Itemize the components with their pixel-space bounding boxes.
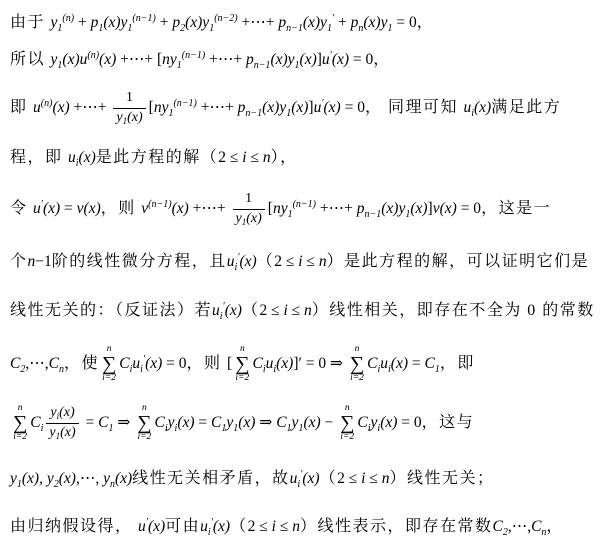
math-variable: n [263, 149, 271, 168]
math-variable: yi [371, 414, 381, 433]
variable-base: (x) [291, 99, 308, 116]
math-variable: Cn [531, 518, 546, 537]
subscript: i [140, 364, 143, 375]
text-run: 由于 [10, 13, 51, 32]
variable-base: (x) [381, 200, 398, 217]
text-run: ，即 [440, 354, 475, 373]
subscript: 1 [209, 23, 214, 34]
variable-base: (x) [148, 518, 165, 535]
text-line-11: 由归纳假设得， u′(x)可由ui′(x)（2 ≤ i ≤ n）线性表示，即存在… [10, 504, 597, 550]
math-operator: ,⋯, [25, 355, 48, 374]
math-variable: (x) [52, 99, 69, 118]
subscript: 1 [177, 60, 182, 71]
subscript: 2 [180, 23, 185, 34]
text-line-9: n∑i=2Ciyi(x)y1(x) = C1 ⇒ n∑i=2Ciyi(x) = … [10, 392, 597, 454]
variable-base: u [322, 51, 330, 68]
variable-base: (x) [380, 414, 397, 431]
variable-base: (x) [474, 99, 491, 116]
text-line-6: 个n−1阶的线性微分方程，且ui′(x)（2 ≤ i ≤ n）是此方程的解，可以… [10, 238, 597, 286]
math-operator: 2 ≤ [218, 149, 242, 168]
math-operator: +⋯+ [316, 200, 357, 219]
math-variable: yn [103, 470, 115, 489]
summation-symbol: n∑i=2 [13, 404, 27, 443]
subscript: n [59, 364, 64, 375]
math-variable: pn−1 [357, 200, 382, 219]
subscript: i [368, 423, 371, 434]
text-run: 程，即 [10, 148, 68, 167]
subscript: i [377, 423, 380, 434]
math-variable: (x) [238, 414, 255, 433]
text-run: ）， [271, 148, 298, 167]
variable-base: y [49, 425, 55, 440]
superscript: ′ [41, 199, 43, 210]
math-variable: C1 [98, 414, 113, 433]
math-variable: (x) [270, 51, 287, 70]
summation-lower-limit: i=2 [102, 374, 116, 384]
math-variable: pn−1 [238, 99, 263, 118]
variable-base: C [155, 414, 165, 431]
subscript: n−1 [254, 60, 271, 71]
math-operator: = [60, 200, 77, 219]
variable-base: C [424, 355, 434, 372]
variable-base: n [263, 149, 271, 166]
math-operator: 1 [245, 191, 252, 208]
variable-base: u [68, 149, 76, 166]
superscript: (n−2) [214, 13, 237, 24]
math-variable: y1(n) [51, 14, 75, 33]
variable-base: y [47, 470, 54, 487]
variable-base: n [382, 470, 390, 487]
math-variable: (x) [474, 99, 491, 118]
math-variable: (x) [440, 200, 457, 219]
math-variable: n [382, 470, 390, 489]
superscript: (n−1) [148, 199, 171, 210]
summation-lower-limit: i=2 [350, 374, 364, 384]
math-operator: = [195, 414, 212, 433]
summation-lower-limit: i=2 [235, 374, 249, 384]
math-variable: ui′ [200, 518, 213, 537]
text-run: 阶的线性微分方程，且 [52, 252, 227, 271]
variable-base: v [433, 200, 440, 217]
text-run: ，这与 [422, 413, 475, 432]
variable-base: (x) [213, 518, 230, 535]
variable-base: (x) [246, 211, 262, 226]
text-line-2: 所以 y1(x)u(n)(x) +⋯+ [ny1(n−1) +⋯+ pn−1(x… [10, 40, 597, 80]
variable-base: p [357, 200, 365, 217]
math-variable: C1 [211, 414, 226, 433]
text-line-4: 程，即 ui(x)是此方程的解（2 ≤ i ≤ n）， [10, 136, 597, 180]
variable-base: (x) [103, 14, 120, 31]
variable-base: (x) [84, 200, 101, 217]
variable-base: v [77, 200, 84, 217]
math-variable: n [319, 253, 327, 272]
superscript: (n−1) [182, 50, 205, 61]
subscript: 1 [123, 116, 128, 126]
math-variable: C1 [276, 414, 291, 433]
math-operator: ≤ [365, 470, 381, 489]
math-operator: = [82, 414, 99, 433]
text-run: ，则 [101, 199, 142, 218]
text-run: ， [546, 517, 564, 536]
variable-base: u [33, 200, 41, 217]
variable-base: ny [273, 200, 288, 217]
variable-base: C [367, 355, 377, 372]
variable-base: (x) [276, 355, 293, 372]
math-variable: (x) [262, 99, 279, 118]
math-operator: ,⋯, [508, 518, 531, 537]
math-operator: ≤ [247, 149, 263, 168]
sigma-glyph: ∑ [350, 354, 364, 374]
math-variable: y1 [49, 425, 60, 442]
subscript: 1 [17, 479, 22, 490]
subscript: 1 [56, 431, 61, 441]
variable-base: (x) [60, 425, 76, 440]
math-variable: y2 [47, 470, 59, 489]
text-run: ，使 [64, 354, 99, 373]
variable-base: y [10, 470, 17, 487]
math-operator: = [408, 355, 425, 374]
subscript: i [165, 423, 168, 434]
math-variable: y1(n−1) [121, 14, 156, 33]
math-variable: (x) [291, 99, 308, 118]
math-variable: (x) [332, 51, 349, 70]
variable-base: (x) [238, 414, 255, 431]
fraction-numerator: yi(x) [47, 404, 77, 423]
variable-base: (x) [79, 149, 96, 166]
superscript: (n) [41, 98, 53, 109]
math-operator: 2 ≤ [274, 253, 298, 272]
math-variable: u(n) [80, 51, 99, 70]
fraction-denominator: y1(x) [46, 423, 78, 443]
summation-symbol: n∑i=2 [340, 404, 354, 443]
math-variable: (x) [303, 14, 320, 33]
variable-base: (x) [262, 99, 279, 116]
math-variable: u(n) [33, 99, 52, 118]
math-variable: (x) [410, 200, 427, 219]
math-variable: (x) [99, 51, 116, 70]
variable-base: (x) [302, 470, 319, 487]
math-variable: ui [463, 99, 474, 118]
variable-base: u [380, 355, 388, 372]
subscript: 2 [503, 527, 508, 538]
math-variable: ui [266, 355, 277, 374]
variable-base: (x) [59, 405, 75, 420]
math-variable: (x) [148, 518, 165, 537]
math-variable: n [304, 302, 312, 321]
math-operator: +⋯+ [ [116, 51, 162, 70]
math-operator: [ [227, 355, 232, 374]
variable-base: C [10, 355, 20, 372]
math-variable: ui′ [212, 302, 225, 321]
math-variable: ui′ [132, 355, 145, 374]
superscript: ′ [211, 517, 213, 528]
math-variable: (x) [127, 110, 143, 127]
math-variable: Ci [119, 355, 132, 374]
variable-base: (x) [440, 200, 457, 217]
text-line-1: 由于 y1(n) + p1(x)y1(n−1) + p2(x)y1(n−2) +… [10, 6, 597, 40]
math-variable: y1 [51, 51, 63, 70]
subscript: n−1 [245, 108, 262, 119]
math-variable: C2 [492, 518, 507, 537]
variable-base: (x) [324, 99, 341, 116]
math-operator: +⋯+ [205, 51, 246, 70]
subscript: 1 [387, 23, 392, 34]
document-page: 由于 y1(n) + p1(x)y1(n−1) + p2(x)y1(n−2) +… [0, 0, 601, 551]
superscript: (n−1) [293, 199, 316, 210]
superscript: ′ [237, 252, 239, 263]
variable-base: y [288, 51, 295, 68]
variable-base: u [227, 253, 235, 270]
subscript: i [235, 262, 238, 273]
math-variable: v [77, 200, 84, 219]
math-variable: (x) [240, 253, 257, 272]
math-variable: (x) [300, 51, 317, 70]
math-variable: (x) [145, 355, 162, 374]
subscript: 1 [233, 423, 238, 434]
math-variable: (x) [381, 200, 398, 219]
variable-base: n [292, 518, 300, 535]
text-run: 线性无关的：（反证法）若 [10, 301, 212, 320]
subscript: 1 [57, 23, 62, 34]
math-operator: 1 [126, 90, 133, 107]
math-operator: −1 [35, 253, 52, 272]
variable-base: C [492, 518, 502, 535]
math-variable: (x) [172, 200, 189, 219]
subscript: 1 [127, 23, 132, 34]
text-run: （ [242, 301, 260, 320]
summation-symbol: n∑i=2 [102, 345, 116, 384]
math-variable: y1 [398, 200, 410, 219]
superscript: ′ [321, 98, 323, 109]
variable-base: y [116, 110, 122, 125]
math-variable: Ci [367, 355, 380, 374]
math-variable: y1 [292, 414, 304, 433]
subscript: 1 [109, 423, 114, 434]
text-run: 由归纳假设得， [10, 517, 138, 536]
math-operator: +⋯+ [197, 99, 238, 118]
math-operator: +⋯+ [70, 99, 111, 118]
text-run: （ [230, 517, 248, 536]
math-operator: ,⋯, [76, 470, 103, 489]
math-variable: (x) [302, 470, 319, 489]
math-variable: ui [68, 149, 79, 168]
text-run: 个 [10, 252, 28, 271]
math-variable: v(n−1) [141, 200, 171, 219]
subscript: 2 [20, 364, 25, 375]
subscript: 1 [288, 209, 293, 220]
variable-base: (x) [240, 253, 257, 270]
math-operator: + [334, 14, 351, 33]
subscript: i [41, 423, 44, 434]
text-run: 满足此方 [491, 98, 561, 117]
variable-base: (x) [99, 51, 116, 68]
subscript: 1 [287, 423, 292, 434]
fraction-denominator: y1(x) [113, 108, 145, 128]
math-variable: ui′ [227, 253, 240, 272]
subscript: 1 [221, 423, 226, 434]
variable-base: n [28, 253, 36, 270]
superscript: ′ [223, 301, 225, 312]
math-variable: pn−1 [246, 51, 271, 70]
math-variable: v [433, 200, 440, 219]
summation-symbol: n∑i=2 [137, 404, 151, 443]
text-run: 可由 [165, 517, 200, 536]
math-variable: yi [50, 405, 59, 422]
superscript: ′ [143, 354, 145, 365]
math-operator: ⇒ [255, 414, 276, 433]
variable-base: (x) [391, 355, 408, 372]
math-variable: (x) [62, 51, 79, 70]
variable-base: C [49, 355, 59, 372]
variable-base: y [236, 211, 242, 226]
math-variable: (x) [324, 99, 341, 118]
subscript: 1 [298, 423, 303, 434]
math-operator: = 0 [349, 51, 373, 70]
math-variable: C1 [424, 355, 439, 374]
variable-base: u [138, 518, 146, 535]
variable-base: (x) [43, 200, 60, 217]
superscript: (n−1) [173, 98, 196, 109]
math-variable: Ci [30, 414, 43, 433]
variable-base: C [276, 414, 286, 431]
subscript: i [273, 364, 276, 375]
variable-base: ny [154, 99, 169, 116]
math-variable: y1 [236, 211, 247, 228]
sigma-glyph: ∑ [235, 354, 249, 374]
variable-base: y [320, 14, 327, 31]
variable-base: u [200, 518, 208, 535]
subscript: 1 [242, 217, 247, 227]
math-operator: ≤ [288, 302, 304, 321]
text-run: ，这是一 [481, 199, 551, 218]
text-run: ）是此方程的解，可以证明它们是 [327, 252, 590, 271]
math-variable: Ci [155, 414, 168, 433]
summation-symbol: n∑i=2 [350, 345, 364, 384]
variable-base: ny [162, 51, 177, 68]
subscript: i [57, 411, 60, 421]
text-run: 线性无关相矛盾，故 [132, 469, 290, 488]
text-line-8: C2,⋯,Cn，使n∑i=2Ciui′(x) = 0，则 [n∑i=2Ciui(… [10, 336, 597, 392]
math-operator: − [321, 414, 338, 433]
variable-base: y [50, 405, 56, 420]
summation-symbol: n∑i=2 [235, 345, 249, 384]
subscript: 1 [286, 108, 291, 119]
math-operator: +⋯+ [189, 200, 230, 219]
math-operator: + [156, 14, 173, 33]
math-variable: (x) [43, 200, 60, 219]
math-variable: (x) [246, 211, 262, 228]
math-variable: (x) [303, 414, 320, 433]
variable-base: n [304, 302, 312, 319]
math-variable: (x) [225, 302, 242, 321]
math-operator: ⇒ [114, 414, 135, 433]
math-variable: (x) [59, 470, 76, 489]
variable-base: (x) [270, 51, 287, 68]
math-variable: (x) [60, 425, 76, 442]
text-run: ）线性表示，即存在常数 [300, 517, 493, 536]
text-run: 是此方程的解（ [96, 148, 219, 167]
variable-base: (x) [115, 470, 132, 487]
subscript: 1 [295, 60, 300, 71]
summation-lower-limit: i=2 [340, 433, 354, 443]
text-run: ）线性无关； [389, 469, 494, 488]
variable-base: C [119, 355, 129, 372]
math-variable: Cn [49, 355, 64, 374]
math-variable: pn−1 [278, 14, 303, 33]
math-operator: 2 ≤ [337, 470, 361, 489]
variable-base: (x) [59, 470, 76, 487]
sigma-glyph: ∑ [340, 413, 354, 433]
subscript: i [208, 527, 211, 538]
math-variable: ny1(n−1) [154, 99, 197, 118]
variable-base: (x) [363, 14, 380, 31]
math-variable: Ci [357, 414, 370, 433]
subscript: 2 [54, 479, 59, 490]
math-variable: yi [168, 414, 178, 433]
math-variable: (x) [84, 200, 101, 219]
math-operator: = 0 [392, 14, 416, 33]
subscript: i [297, 479, 300, 490]
text-line-3: 即 u(n)(x) +⋯+ 1y1(x)[ny1(n−1) +⋯+ pn−1(x… [10, 80, 597, 136]
math-variable: y1 [381, 14, 393, 33]
variable-base: p [172, 14, 180, 31]
variable-base: C [357, 414, 367, 431]
superscript: ′ [332, 13, 334, 24]
math-variable: ny1(n−1) [162, 51, 205, 70]
math-variable: y1 [10, 470, 22, 489]
text-run: ， 同理可知 [365, 98, 464, 117]
sigma-glyph: ∑ [137, 413, 151, 433]
math-variable: u′ [33, 200, 43, 219]
superscript: (n) [62, 13, 74, 24]
text-run: ）线性相关，即存在不全为 0 的常数 [312, 301, 595, 320]
math-variable: (x) [177, 414, 194, 433]
variable-base: (x) [300, 51, 317, 68]
math-variable: y1 [288, 51, 300, 70]
math-variable: u′ [322, 51, 332, 70]
variable-base: u [132, 355, 140, 372]
variable-base: C [531, 518, 541, 535]
variable-base: p [246, 51, 254, 68]
math-operator: + [74, 14, 91, 33]
math-variable: p1 [91, 14, 104, 33]
variable-base: (x) [332, 51, 349, 68]
math-variable: y1′ [320, 14, 334, 33]
math-variable: (x) [213, 518, 230, 537]
math-operator: = 0 [162, 355, 186, 374]
math-variable: C2 [10, 355, 25, 374]
math-variable: Ci [252, 355, 265, 374]
superscript: ′ [330, 50, 332, 61]
subscript: i [76, 158, 79, 169]
variable-base: (x) [172, 200, 189, 217]
variable-base: (x) [127, 110, 143, 125]
variable-base: p [278, 14, 286, 31]
subscript: 1 [405, 209, 410, 220]
math-operator: = 0 [457, 200, 481, 219]
math-variable: (x) [22, 470, 39, 489]
superscript: (n) [87, 50, 99, 61]
math-operator: ]′ = 0 ⇒ [293, 355, 347, 374]
text-run: （ [320, 469, 338, 488]
fraction: yi(x)y1(x) [46, 404, 78, 443]
variable-base: (x) [303, 414, 320, 431]
variable-base: y [103, 470, 110, 487]
fraction: 1y1(x) [233, 190, 265, 229]
math-variable: y1 [279, 99, 291, 118]
text-line-5: 令 u′(x) = v(x)，则 v(n−1)(x) +⋯+ 1y1(x)[ny… [10, 180, 597, 238]
math-variable: ny1(n−1) [273, 200, 316, 219]
